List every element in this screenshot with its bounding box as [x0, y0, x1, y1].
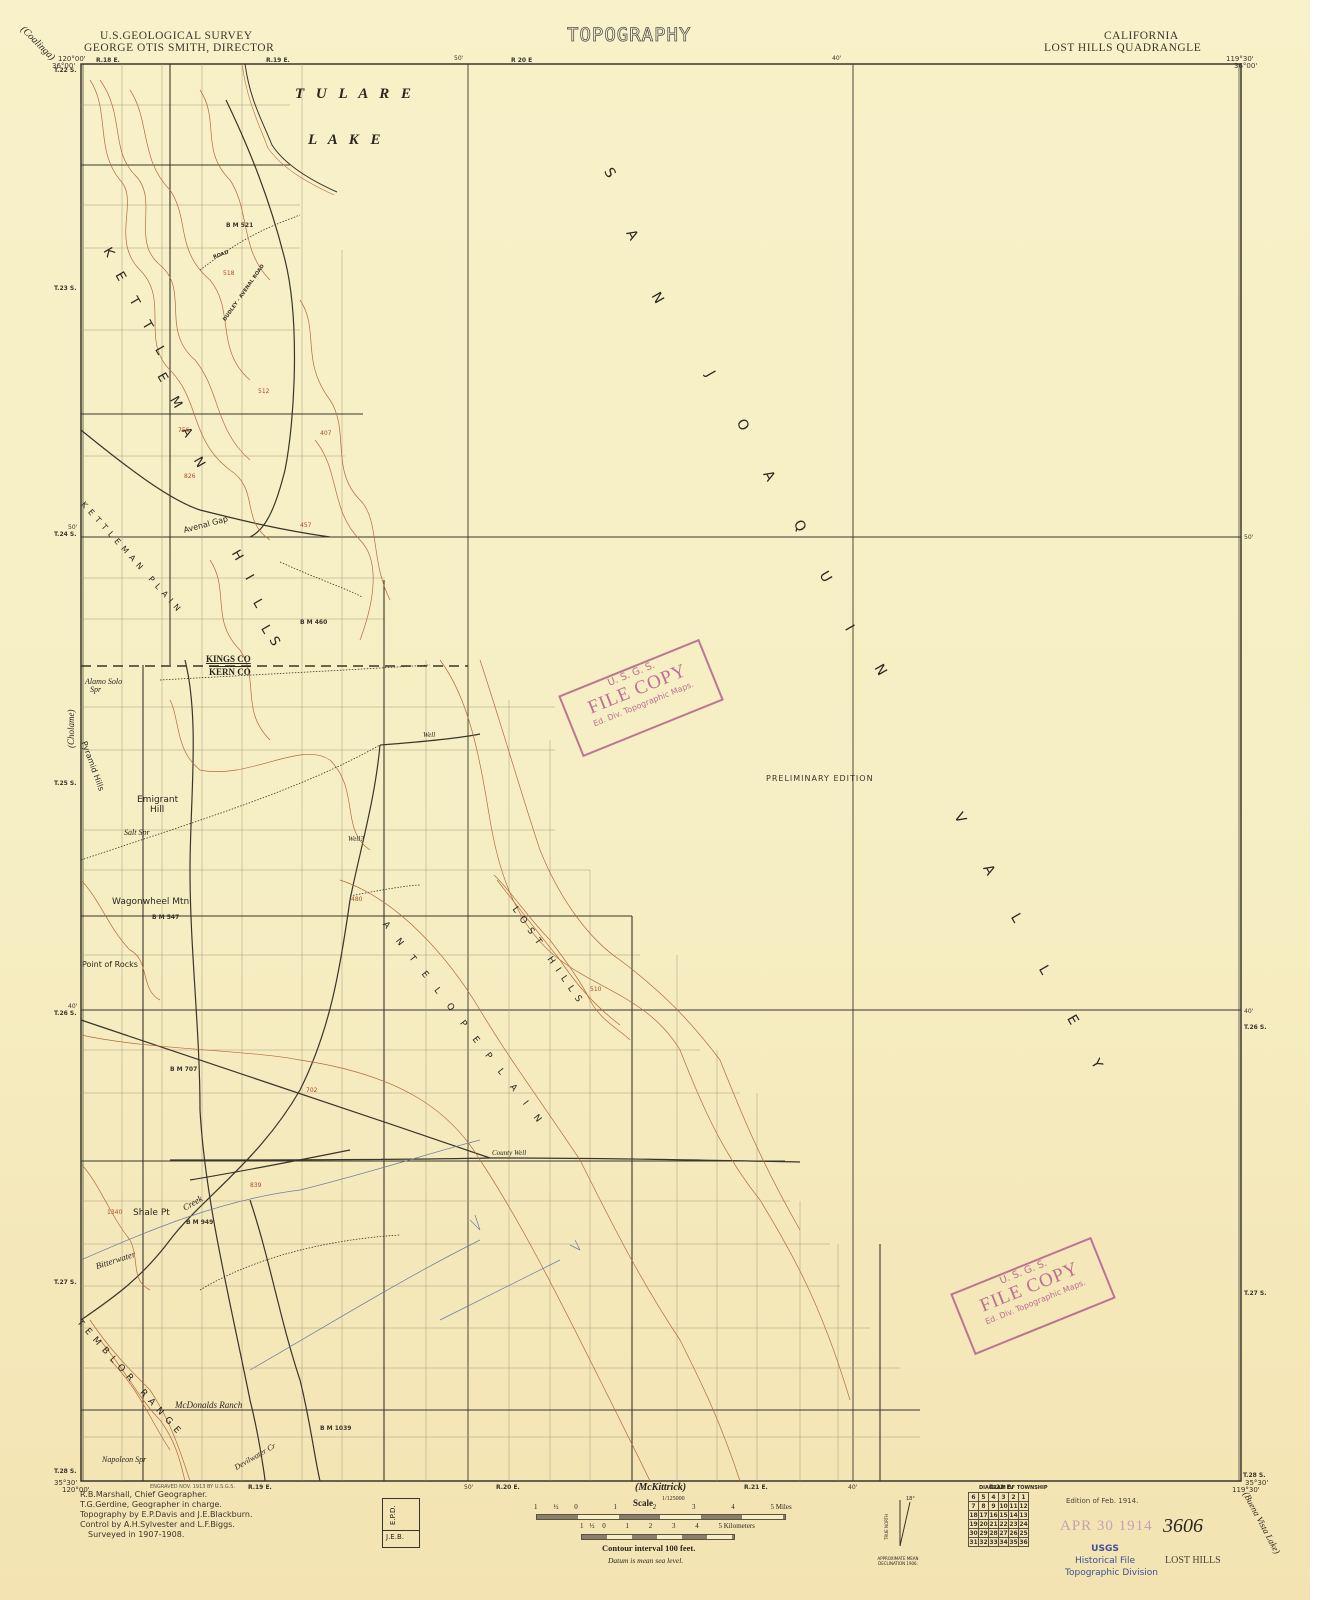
elevation-label: 1340: [107, 1209, 122, 1216]
declination-caption: APPROXIMATE MEAN DECLINATION 1906.: [868, 1556, 928, 1566]
handwritten-number: 3606: [1163, 1515, 1203, 1538]
lake-label: L A K E: [308, 132, 385, 149]
wagonwheel-mtn-label: Wagonwheel Mtn: [112, 897, 189, 907]
index-box-bottom: J.E.B.: [386, 1533, 404, 1541]
benchmark-label: B M 460: [300, 619, 327, 626]
range-label: R.21 E.: [744, 1484, 768, 1491]
county-well-label: County Well: [492, 1149, 526, 1157]
township-diagram: 654321 789101112 181716151413 1920212223…: [968, 1492, 1029, 1547]
credit-line: T.G.Gerdine, Geographer in charge.: [80, 1500, 253, 1510]
benchmark-label: B M 949: [186, 1219, 213, 1226]
received-date-stamp: APR 30 1914: [1060, 1518, 1153, 1535]
index-box: E.P.D. J.E.B.: [382, 1498, 420, 1548]
adjacent-quad-south: (McKittrick): [635, 1482, 686, 1493]
emigrant-hill-label: Emigrant: [137, 795, 178, 805]
credit-line: Surveyed in 1907-1908.: [80, 1530, 253, 1540]
elevation-label: 702: [306, 1087, 317, 1094]
credit-line: Control by A.H.Sylvester and L.F.Biggs.: [80, 1520, 253, 1530]
benchmark-label: B M 547: [152, 914, 179, 921]
historical-file-stamp: USGS Historical File Topographic Divisio…: [1065, 1543, 1145, 1579]
alamo-spring-label: Spr: [90, 685, 101, 694]
elevation-label: 510: [590, 986, 601, 993]
well-label-2: Well?: [348, 835, 364, 843]
map-body: [0, 0, 1344, 1600]
adjacent-quad-west: (Cholame): [66, 710, 76, 749]
contour-interval: Contour interval 100 feet.: [602, 1543, 695, 1553]
kings-county-label: KINGS CO: [206, 654, 251, 664]
elevation-label: 518: [223, 270, 234, 277]
credits-block: R.B.Marshall, Chief Geographer. T.G.Gerd…: [80, 1490, 253, 1540]
declination-angle: 18°: [906, 1496, 915, 1502]
tulare-label: T U L A R E: [295, 86, 415, 103]
elevation-label: 756: [178, 427, 189, 434]
shale-point-label: Shale Pt: [133, 1208, 170, 1218]
scale-km-ticks: 1 ½ 0 1 2 3 4 5 Kilometers: [580, 1522, 755, 1530]
credit-line: R.B.Marshall, Chief Geographer.: [80, 1490, 253, 1500]
elevation-label: 407: [320, 430, 331, 437]
township-diagram-title: DIAGRAM OF TOWNSHIP: [979, 1485, 1048, 1491]
elevation-label: 826: [184, 473, 195, 480]
scale-miles-ticks: 1 ½ 0 1 2 3 4 5 Miles: [534, 1503, 792, 1511]
true-north-label: TRUE NORTH: [884, 1514, 889, 1540]
footer-quad-name: LOST HILLS: [1165, 1555, 1221, 1566]
minute-label: 50': [464, 1484, 473, 1491]
index-box-top: E.P.D.: [389, 1505, 397, 1525]
minute-label: 40': [848, 1484, 857, 1491]
range-label: R.20 E.: [496, 1484, 520, 1491]
mcdonalds-ranch-label: McDonalds Ranch: [175, 1400, 242, 1410]
salt-spring-label: Salt Spr: [124, 828, 150, 837]
scale-bar-km: [581, 1534, 735, 1540]
well-label: Well: [423, 731, 435, 739]
napoleon-spring-label: Napoleon Spr: [102, 1455, 146, 1464]
preliminary-edition-label: PRELIMINARY EDITION: [766, 774, 874, 783]
kern-county-label: KERN CO: [209, 667, 251, 677]
scale-bar-miles: [536, 1514, 786, 1520]
benchmark-label: B M 707: [170, 1066, 197, 1073]
credit-line: Topography by E.P.Davis and J.E.Blackbur…: [80, 1510, 253, 1520]
edition-note: Edition of Feb. 1914.: [1066, 1497, 1138, 1505]
scale-ratio: 1/125000: [662, 1496, 685, 1502]
emigrant-hill-label-2: Hill: [150, 805, 164, 815]
benchmark-label: B M 1039: [320, 1425, 351, 1432]
datum-note: Datum is mean sea level.: [608, 1556, 683, 1565]
elevation-label: 457: [300, 522, 311, 529]
point-of-rocks-label: Point of Rocks: [82, 960, 138, 969]
elevation-label: 512: [258, 388, 269, 395]
elevation-label: 480: [351, 896, 362, 903]
elevation-label: 839: [250, 1182, 261, 1189]
benchmark-label: B M 521: [226, 222, 253, 229]
